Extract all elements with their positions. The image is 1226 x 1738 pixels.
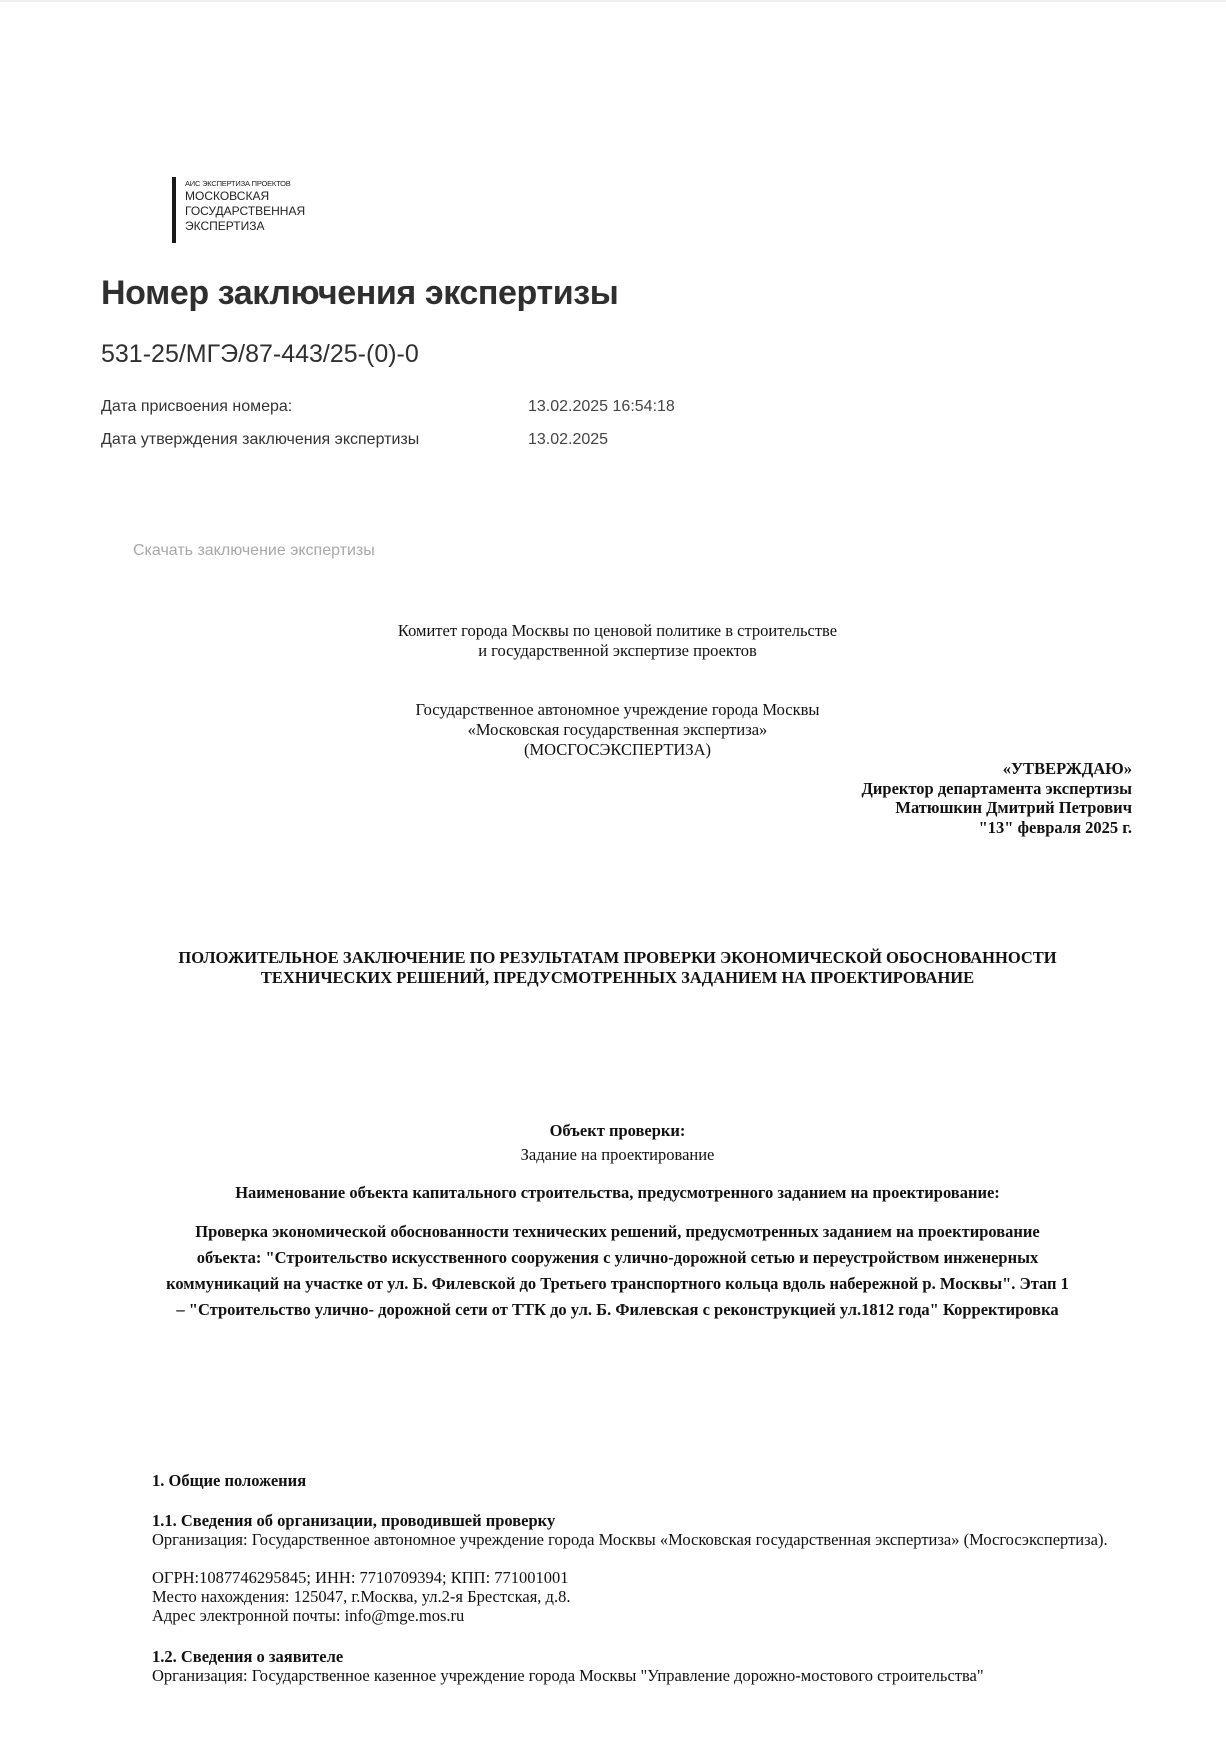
logo-line: ЭКСПЕРТИЗА: [185, 219, 305, 234]
org-location: Место нахождения: 125047, г.Москва, ул.2…: [152, 1587, 570, 1606]
conclusion-number: 531-25/МГЭ/87-443/25-(0)-0: [101, 340, 419, 369]
committee-header: Комитет города Москвы по ценовой политик…: [101, 621, 1134, 661]
org-info: Организация: Государственное автономное …: [101, 1530, 1134, 1549]
title-line: ТЕХНИЧЕСКИХ РЕШЕНИЙ, ПРЕДУСМОТРЕННЫХ ЗАД…: [101, 968, 1134, 988]
institution-line: Государственное автономное учреждение го…: [101, 700, 1134, 720]
section-heading: 1. Общие положения: [152, 1471, 306, 1491]
applicant-info: Организация: Государственное казенное уч…: [152, 1666, 984, 1686]
document-title: ПОЛОЖИТЕЛЬНОЕ ЗАКЛЮЧЕНИЕ ПО РЕЗУЛЬТАТАМ …: [101, 948, 1134, 988]
logo-subtitle: АИС ЭКСПЕРТИЗА ПРОЕКТОВ: [185, 179, 305, 189]
org-email: Адрес электронной почты: info@mge.mos.ru: [152, 1606, 464, 1625]
meta-label: Дата утверждения заключения экспертизы: [101, 431, 419, 449]
approval-line: "13" февраля 2025 г.: [862, 818, 1132, 838]
logo: АИС ЭКСПЕРТИЗА ПРОЕКТОВ МОСКОВСКАЯ ГОСУД…: [172, 177, 305, 243]
approval-block: «УТВЕРЖДАЮ» Директор департамента экспер…: [862, 759, 1132, 837]
section-heading: 1.2. Сведения о заявителе: [152, 1647, 343, 1667]
logo-line: МОСКОВСКАЯ: [185, 189, 305, 204]
institution-line: (МОСГОСЭКСПЕРТИЗА): [101, 740, 1134, 760]
committee-line: Комитет города Москвы по ценовой политик…: [101, 621, 1134, 641]
object-value: Задание на проектирование: [101, 1145, 1134, 1165]
logo-line: ГОСУДАРСТВЕННАЯ: [185, 204, 305, 219]
org-ids: ОГРН:1087746295845; ИНН: 7710709394; КПП…: [152, 1568, 569, 1587]
title-line: ПОЛОЖИТЕЛЬНОЕ ЗАКЛЮЧЕНИЕ ПО РЕЗУЛЬТАТАМ …: [101, 948, 1134, 968]
meta-value: 13.02.2025: [528, 431, 608, 449]
approval-line: «УТВЕРЖДАЮ»: [862, 759, 1132, 779]
institution-line: «Московская государственная экспертиза»: [101, 720, 1134, 740]
section-heading: 1.1. Сведения об организации, проводивше…: [152, 1511, 555, 1531]
object-label: Объект проверки:: [101, 1121, 1134, 1141]
committee-line: и государственной экспертизе проектов: [101, 641, 1134, 661]
meta-value: 13.02.2025 16:54:18: [528, 398, 675, 416]
object-name-value: Проверка экономической обоснованности те…: [101, 1219, 1134, 1323]
object-name-label: Наименование объекта капитального строит…: [101, 1183, 1134, 1203]
meta-label: Дата присвоения номера:: [101, 398, 292, 416]
download-conclusion-link[interactable]: Скачать заключение экспертизы: [133, 542, 375, 560]
page-title: Номер заключения экспертизы: [101, 274, 618, 313]
approval-line: Матюшкин Дмитрий Петрович: [862, 798, 1132, 818]
institution-header: Государственное автономное учреждение го…: [101, 700, 1134, 760]
approval-line: Директор департамента экспертизы: [862, 779, 1132, 799]
